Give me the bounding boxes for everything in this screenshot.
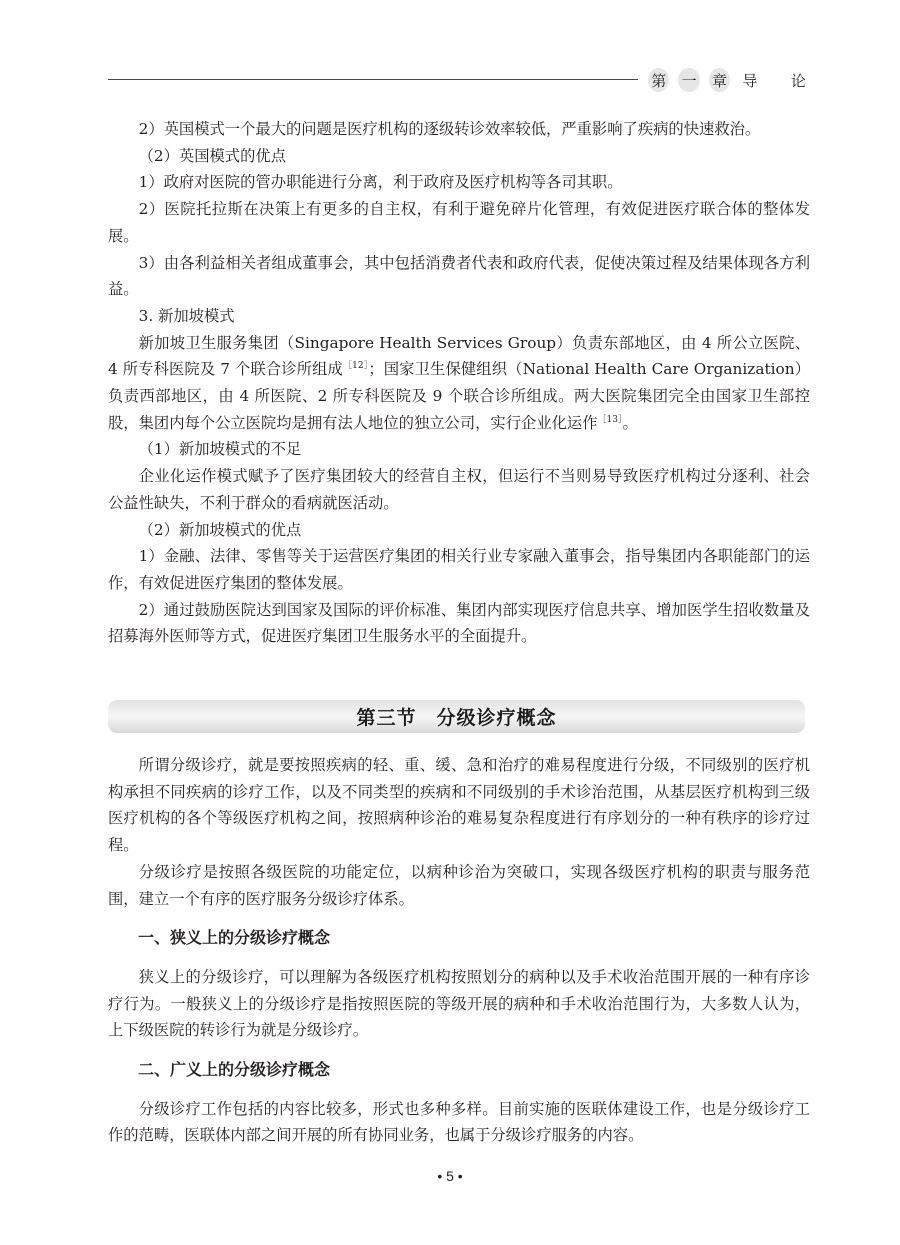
citation-ref[interactable]: ［12］: [343, 361, 368, 371]
chapter-char: 一: [678, 68, 699, 92]
paragraph: 企业化运作模式赋予了医疗集团较大的经营自主权，但运行不当则易导致医疗机构过分逐利…: [108, 463, 810, 516]
subheading: 3. 新加坡模式: [108, 303, 810, 330]
section-title: 第三节 分级诊疗概念: [356, 703, 556, 730]
subsection-heading: 二、广义上的分级诊疗概念: [108, 1057, 810, 1084]
paragraph: 2）通过鼓励医院达到国家及国际的评价标准、集团内部实现医疗信息共享、增加医学生招…: [108, 597, 810, 650]
running-header: 第 一 章 导 论: [108, 66, 810, 94]
paragraph: 2）医院托拉斯在决策上有更多的自主权，有利于避免碎片化管理，有效促进医疗联合体的…: [108, 196, 810, 249]
paragraph: 狭义上的分级诊疗，可以理解为各级医疗机构按照划分的病种以及手术收治范围开展的一种…: [108, 964, 810, 1044]
header-rule: [108, 79, 638, 80]
subheading: （2）新加坡模式的优点: [108, 517, 810, 544]
chapter-title-char: 导: [739, 68, 760, 92]
paragraph: 1）金融、法律、零售等关于运营医疗集团的相关行业专家融入董事会，指导集团内各职能…: [108, 543, 810, 596]
singapore-paragraph: 新加坡卫生服务集团（Singapore Health Services Grou…: [108, 330, 810, 437]
subheading: （2）英国模式的优点: [108, 143, 810, 170]
section-a-body: 2）英国模式一个最大的问题是医疗机构的逐级转诊效率较低，严重影响了疾病的快速救治…: [108, 116, 810, 650]
text-run: 。: [622, 414, 637, 432]
subsection-heading: 一、狭义上的分级诊疗概念: [108, 925, 810, 952]
chapter-char: 第: [648, 68, 669, 92]
paragraph: 分级诊疗是按照各级医院的功能定位，以病种诊治为突破口，实现各级医疗机构的职责与服…: [108, 859, 810, 912]
chapter-char: 章: [709, 68, 730, 92]
section-b-body: 所谓分级诊疗，就是要按照疾病的轻、重、缓、急和治疗的难易程度进行分级，不同级别的…: [108, 752, 810, 1149]
paragraph: 2）英国模式一个最大的问题是医疗机构的逐级转诊效率较低，严重影响了疾病的快速救治…: [108, 116, 810, 143]
paragraph: 分级诊疗工作包括的内容比较多，形式也多种多样。目前实施的医联体建设工作，也是分级…: [108, 1096, 810, 1149]
subheading: （1）新加坡模式的不足: [108, 436, 810, 463]
section-banner: 第三节 分级诊疗概念: [108, 700, 805, 733]
paragraph: 所谓分级诊疗，就是要按照疾病的轻、重、缓、急和治疗的难易程度进行分级，不同级别的…: [108, 752, 810, 859]
paragraph: 3）由各利益相关者组成董事会，其中包括消费者代表和政府代表，促使决策过程及结果体…: [108, 250, 810, 303]
citation-ref[interactable]: ［13］: [598, 415, 623, 425]
chapter-title-char: 论: [788, 68, 809, 92]
paragraph: 1）政府对医院的管办职能进行分离，利于政府及医疗机构等各司其职。: [108, 169, 810, 196]
chapter-label: 第 一 章 导 论: [648, 66, 818, 94]
page-number: • 5 •: [0, 1168, 900, 1184]
